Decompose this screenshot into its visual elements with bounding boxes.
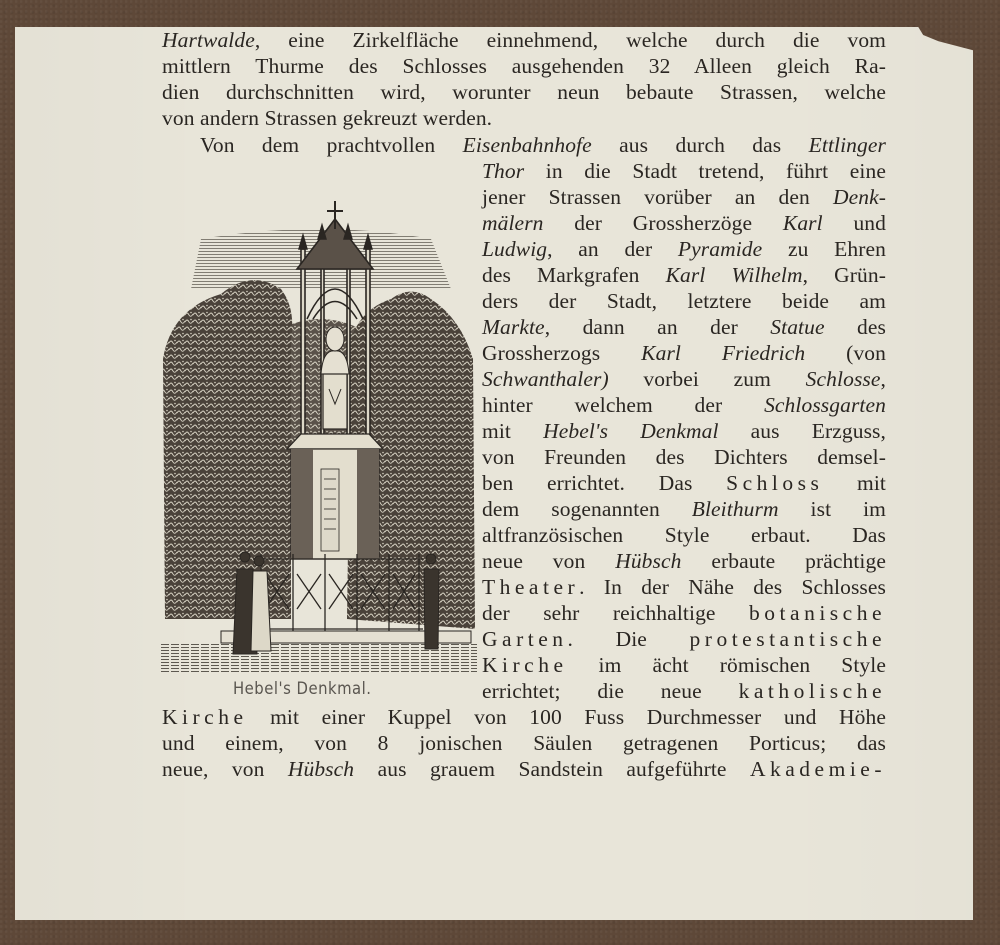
- italic-term: Pyramide: [678, 237, 762, 261]
- text-span: jener Strassen vorüber an den: [482, 185, 833, 209]
- text-span: dien durchschnitten wird, worunter neun …: [162, 80, 886, 104]
- text-line-col: dem sogenannten Bleithurm ist im: [482, 496, 886, 522]
- text-line-col: mit Hebel's Denkmal aus Erzguss,: [482, 418, 886, 444]
- text-span: Grossherzogs: [482, 341, 641, 365]
- text-line-col: hinter welchem der Schlossgarten: [482, 392, 886, 418]
- italic-term: Karl Wilhelm: [666, 263, 803, 287]
- text-span: des Markgrafen: [482, 263, 666, 287]
- text-span: der sehr reichhaltige: [482, 601, 749, 625]
- italic-term: Schlossgarten: [764, 393, 886, 417]
- text-line-col: altfranzösischen Style erbaut. Das: [482, 522, 886, 548]
- italic-term: Schlosse: [806, 367, 881, 391]
- spaced-term: katholische: [739, 679, 886, 703]
- italic-term: mälern: [482, 211, 544, 235]
- text-line-col: neue von Hübsch erbaute prächtige: [482, 548, 886, 574]
- text-span: mit: [823, 471, 886, 495]
- text-line-col: Thor in die Stadt tretend, führt eine: [482, 158, 886, 184]
- text-line-after: neue, von Hübsch aus grauem Sandstein au…: [162, 756, 886, 782]
- text-line-col: Theater. In der Nähe des Schlosses: [482, 574, 886, 600]
- text-span: von Freunden des Dichters demsel-: [482, 445, 886, 469]
- text-line-col: ders der Stadt, letztere beide am: [482, 288, 886, 314]
- text-span: altfranzösischen Style erbaut. Das: [482, 523, 886, 547]
- text-line-col: der sehr reichhaltige botanische: [482, 600, 886, 626]
- text-line-p2-1: Von dem prachtvollen Eisenbahnhofe aus d…: [200, 132, 886, 158]
- text-span: , an der: [547, 237, 678, 261]
- text-span: . Die: [568, 627, 690, 651]
- text-line-col: Ludwig, an der Pyramide zu Ehren: [482, 236, 886, 262]
- spaced-term: Theater: [482, 575, 579, 599]
- text-span: im ächt römischen Style: [568, 653, 887, 677]
- text-line-col: jener Strassen vorüber an den Denk-: [482, 184, 886, 210]
- text-line-after: Kirche mit einer Kuppel von 100 Fuss Dur…: [162, 704, 886, 730]
- text-line-p1-3: dien durchschnitten wird, worunter neun …: [162, 79, 886, 105]
- text-span: von andern Strassen gekreuzt werden.: [162, 106, 492, 130]
- italic-term: Hebel's Denkmal: [543, 419, 718, 443]
- italic-term: Hübsch: [288, 757, 354, 781]
- text-span: mit: [482, 419, 543, 443]
- italic-term: Markte: [482, 315, 545, 339]
- text-span: . In der Nähe des Schlosses: [579, 575, 886, 599]
- hebel-monument-engraving: [161, 199, 477, 677]
- italic-term: Ludwig: [482, 237, 547, 261]
- text-line-col: mälern der Grossherzöge Karl und: [482, 210, 886, 236]
- italic-term: Karl Friedrich: [641, 341, 805, 365]
- spaced-term: protestantische: [690, 627, 886, 651]
- italic-place-name: Hartwalde: [162, 28, 255, 52]
- text-span: ben errichtet. Das: [482, 471, 726, 495]
- spaced-term: Garten: [482, 627, 568, 651]
- text-line-after: und einem, von 8 jonischen Säulen getrag…: [162, 730, 886, 756]
- text-span: Von dem prachtvollen: [200, 133, 463, 157]
- text-span: , eine Zirkelfläche einnehmend, welche d…: [255, 28, 886, 52]
- text-span: aus grauem Sandstein aufgeführte: [354, 757, 750, 781]
- text-line-col: Garten. Die protestantische: [482, 626, 886, 652]
- text-line-col: errichtet; die neue katholische: [482, 678, 886, 704]
- italic-term: Bleithurm: [692, 497, 779, 521]
- text-span: zu Ehren: [762, 237, 886, 261]
- spaced-term: Akademie-: [750, 757, 886, 781]
- italic-term: Statue: [770, 315, 824, 339]
- text-line-col: Grossherzogs Karl Friedrich (von: [482, 340, 886, 366]
- text-span: (von: [805, 341, 886, 365]
- text-line-p1-2: mittlern Thurme des Schlosses ausgehende…: [162, 53, 886, 79]
- text-span: , dann an der: [545, 315, 771, 339]
- text-span: in die Stadt tretend, führt eine: [524, 159, 886, 183]
- text-span: der Grossherzöge: [544, 211, 783, 235]
- text-span: neue, von: [162, 757, 288, 781]
- figure-caption: Hebel's Denkmal.: [233, 679, 372, 698]
- text-span: mit einer Kuppel von 100 Fuss Durchmesse…: [248, 705, 887, 729]
- text-span: ,: [881, 367, 886, 391]
- text-span: des: [825, 315, 886, 339]
- text-line-col: ben errichtet. Das Schloss mit: [482, 470, 886, 496]
- italic-term: Karl: [783, 211, 823, 235]
- text-line-p1-4: von andern Strassen gekreuzt werden.: [162, 105, 886, 131]
- text-span: hinter welchem der: [482, 393, 764, 417]
- text-span: aus Erzguss,: [719, 419, 886, 443]
- spaced-term: Schloss: [726, 471, 823, 495]
- text-span: errichtet; die neue: [482, 679, 739, 703]
- text-line-p1-1: Hartwalde, eine Zirkelfläche einnehmend,…: [162, 27, 886, 53]
- italic-term: Schwanthaler): [482, 367, 609, 391]
- text-span: neue von: [482, 549, 615, 573]
- text-line-col: Schwanthaler) vorbei zum Schlosse,: [482, 366, 886, 392]
- book-page: Hartwalde, eine Zirkelfläche einnehmend,…: [15, 27, 973, 920]
- text-line-col: Markte, dann an der Statue des: [482, 314, 886, 340]
- text-line-col: von Freunden des Dichters demsel-: [482, 444, 886, 470]
- text-span: ist im: [779, 497, 886, 521]
- text-span: aus durch das: [592, 133, 809, 157]
- italic-term: Ettlinger: [809, 133, 886, 157]
- text-span: vorbei zum: [609, 367, 806, 391]
- text-span: dem sogenannten: [482, 497, 692, 521]
- spaced-term: botanische: [749, 601, 886, 625]
- text-span: und einem, von 8 jonischen Säulen getrag…: [162, 731, 886, 755]
- spaced-term: Kirche: [482, 653, 568, 677]
- italic-term: Thor: [482, 159, 524, 183]
- italic-term: Denk-: [833, 185, 886, 209]
- italic-term: Hübsch: [615, 549, 681, 573]
- text-span: , Grün-: [803, 263, 886, 287]
- italic-term: Eisenbahnhofe: [463, 133, 592, 157]
- spaced-term: Kirche: [162, 705, 248, 729]
- text-span: ders der Stadt, letztere beide am: [482, 289, 886, 313]
- text-line-col: des Markgrafen Karl Wilhelm, Grün-: [482, 262, 886, 288]
- text-span: erbaute prächtige: [682, 549, 887, 573]
- text-span: mittlern Thurme des Schlosses ausgehende…: [162, 54, 886, 78]
- text-span: und: [823, 211, 886, 235]
- text-line-col: Kirche im ächt römischen Style: [482, 652, 886, 678]
